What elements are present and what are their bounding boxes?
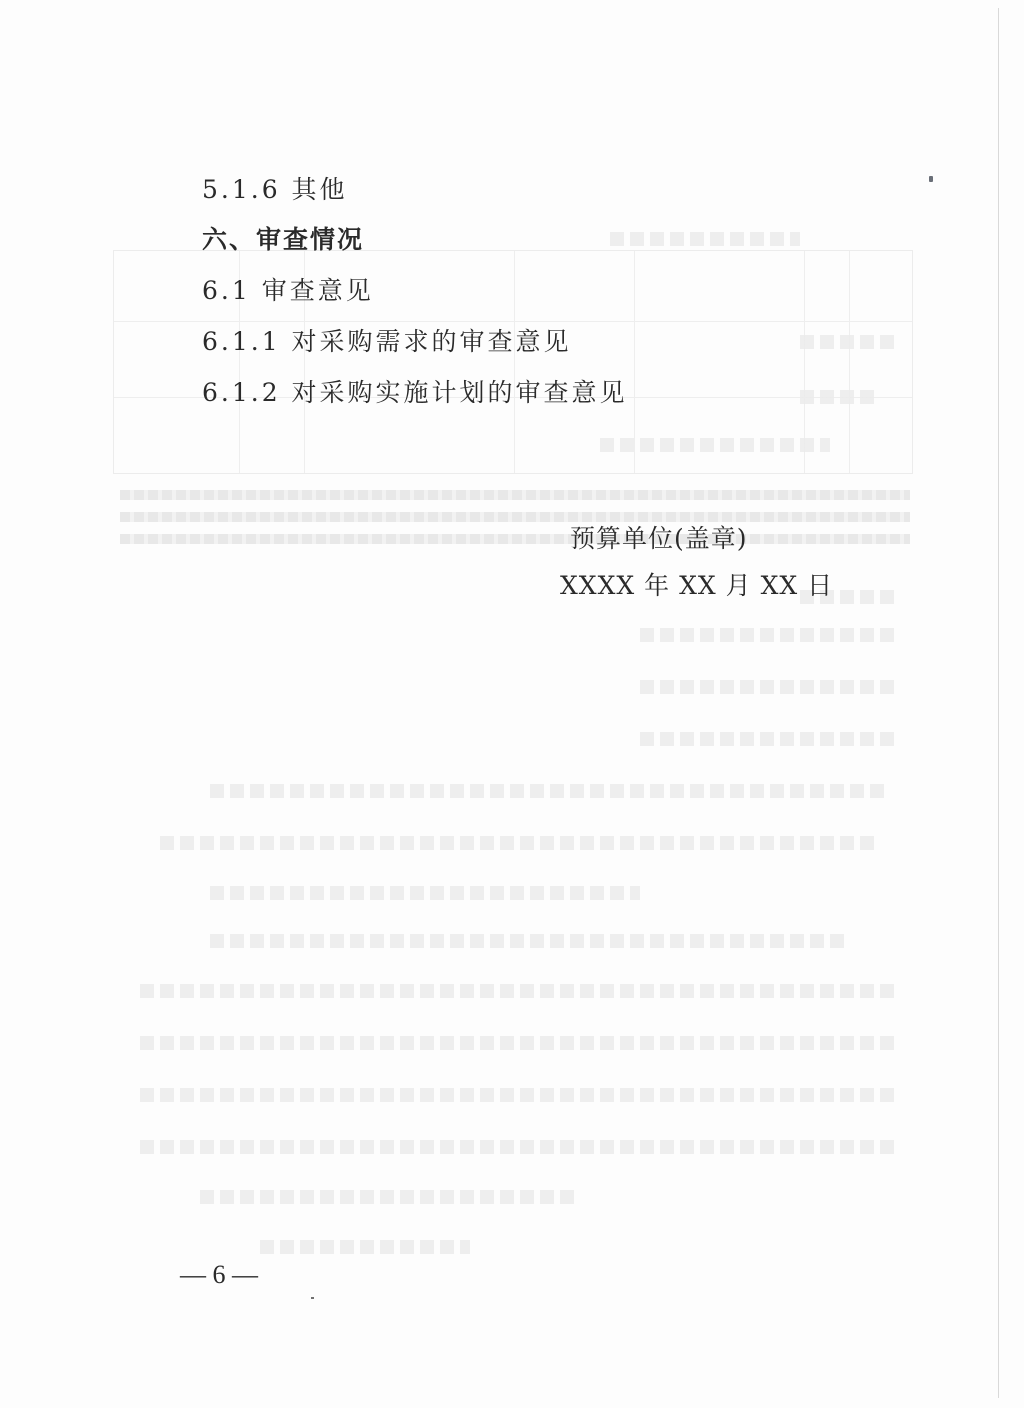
bleed-through-text <box>600 438 830 452</box>
subsection-6-1-2: 6.1.2 对采购实施计划的审查意见 <box>202 378 628 408</box>
bleed-through-text <box>210 886 640 900</box>
bleed-through-text <box>640 732 900 746</box>
bleed-through-text <box>120 512 910 522</box>
bleed-through-text <box>200 1190 580 1204</box>
bleed-through-text <box>140 984 900 998</box>
bleed-through-text <box>210 934 850 948</box>
section-heading-review: 六、审查情况 <box>202 225 364 255</box>
bleed-through-text <box>140 1088 900 1102</box>
bleed-through-text <box>260 1240 470 1254</box>
bleed-through-text <box>160 836 880 850</box>
bleed-through-text <box>140 1140 900 1154</box>
bleed-through-text <box>120 490 910 500</box>
signature-date: XXXX 年 XX 月 XX 日 <box>560 571 833 601</box>
scan-speck <box>311 1297 314 1299</box>
bleed-through-text <box>120 534 910 544</box>
bleed-through-text <box>140 1036 900 1050</box>
bleed-through-text <box>640 628 900 642</box>
bleed-through-text <box>610 232 800 246</box>
bleed-through-text <box>640 680 900 694</box>
page-edge-line <box>998 8 999 1398</box>
budget-unit-seal-label: 预算单位(盖章) <box>570 524 748 554</box>
bleed-through-text <box>800 390 880 404</box>
bleed-through-text <box>800 335 900 349</box>
subsection-6-1-1: 6.1.1 对采购需求的审查意见 <box>202 327 572 357</box>
scan-speck <box>929 176 933 182</box>
page-number: — 6 — <box>180 1260 258 1290</box>
subsection-5-1-6: 5.1.6 其他 <box>202 175 348 205</box>
bleed-through-text <box>210 784 890 798</box>
subsection-6-1: 6.1 审查意见 <box>202 276 374 306</box>
